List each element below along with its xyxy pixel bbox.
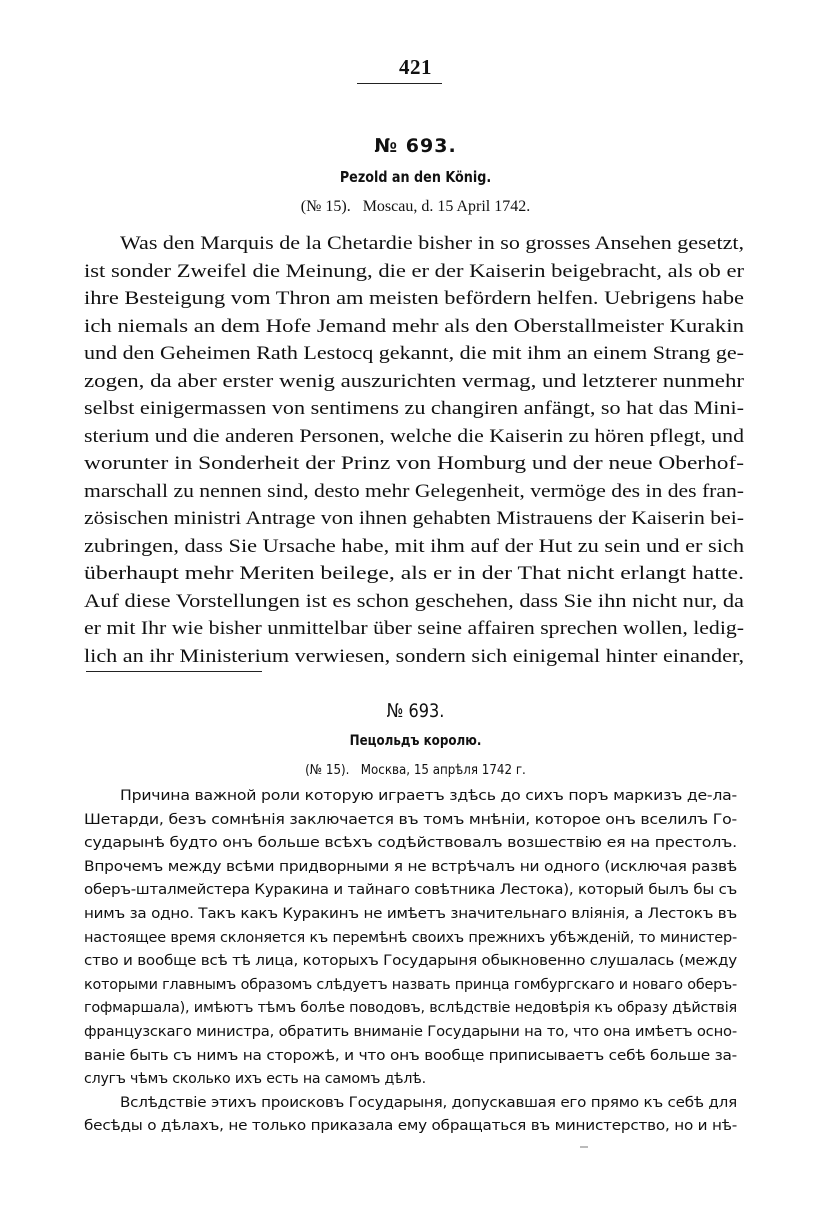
russian-document-number: № 693.: [62, 700, 768, 722]
russian-document-title: Пецольдъ королю.: [62, 733, 768, 749]
text-line: ist sonder Zweifel die Meinung, die er d…: [84, 258, 744, 286]
text-line: Шетарди, безъ сомнѣнія заключается въ то…: [84, 809, 737, 833]
text-line: Вслѣдствіе этихъ происковъ Государыня, д…: [84, 1092, 737, 1116]
text-line: worunter in Sonderheit der Prinz von Hom…: [84, 450, 744, 478]
text-line: überhaupt mehr Meriten beilege, als er i…: [84, 560, 744, 588]
text-line: французскаго министра, обратить вниманіе…: [84, 1021, 737, 1045]
text-line: сударынѣ будто онъ больше всѣхъ содѣйств…: [84, 832, 737, 856]
german-document-number: № 693.: [0, 135, 831, 157]
german-document-title: Pezold an den König.: [62, 168, 768, 186]
text-line: und den Geheimen Rath Lestocq gekannt, d…: [84, 340, 744, 368]
text-line: гофмаршала), имѣютъ тѣмъ болѣе поводовъ,…: [84, 997, 737, 1021]
section-separator-rule: [86, 671, 262, 672]
text-line: Впрочемъ между всѣми придворными я не вс…: [84, 856, 737, 880]
text-line: zogen, da aber erster wenig auszurichten…: [84, 368, 744, 396]
text-line: которыми главнымъ образомъ слѣдуетъ назв…: [84, 974, 737, 998]
russian-body-text: Причина важной роли которую играетъ здѣс…: [84, 785, 737, 1139]
text-line: lich an ihr Ministerium verwiesen, sonde…: [84, 643, 744, 671]
german-document-subtitle: (№ 15). Moscau, d. 15 April 1742.: [0, 198, 831, 216]
text-line: бесѣды о дѣлахъ, не только приказала ему…: [84, 1115, 737, 1139]
page-number: 421: [0, 55, 831, 80]
text-line: sterium und die anderen Personen, welche…: [84, 423, 744, 451]
text-line: настоящее время склоняется къ перемѣнѣ с…: [84, 927, 737, 951]
text-line: слугъ чѣмъ сколько ихъ есть на самомъ дѣ…: [84, 1068, 737, 1092]
text-line: zösischen ministri Antrage von ihnen geh…: [84, 505, 744, 533]
text-line: ich niemals an dem Hofe Jemand mehr als …: [84, 313, 744, 341]
text-line: Причина важной роли которую играетъ здѣс…: [84, 785, 737, 809]
text-line: Auf diese Vorstellungen ist es schon ges…: [84, 588, 744, 616]
text-line: er mit Ihr wie bisher unmittelbar über s…: [84, 615, 744, 643]
text-line: оберъ-шталмейстера Куракина и тайнаго со…: [84, 879, 737, 903]
print-speck: [580, 1146, 588, 1148]
text-line: marschall zu nennen sind, desto mehr Gel…: [84, 478, 744, 506]
page-number-rule: [357, 83, 442, 84]
german-body-text: Was den Marquis de la Chetardie bisher i…: [84, 230, 744, 670]
text-line: ваніе быть съ нимъ на сторожѣ, и что онъ…: [84, 1045, 737, 1069]
text-line: Was den Marquis de la Chetardie bisher i…: [84, 230, 744, 258]
russian-document-subtitle: (№ 15). Москва, 15 апрѣля 1742 г.: [50, 762, 781, 778]
text-line: ihre Besteigung vom Thron am meisten bef…: [84, 285, 744, 313]
text-line: нимъ за одно. Такъ какъ Куракинъ не имѣе…: [84, 903, 737, 927]
text-line: selbst einigermassen von sentimens zu ch…: [84, 395, 744, 423]
text-line: zubringen, dass Sie Ursache habe, mit ih…: [84, 533, 744, 561]
text-line: ство и вообще всѣ тѣ лица, которыхъ Госу…: [84, 950, 737, 974]
